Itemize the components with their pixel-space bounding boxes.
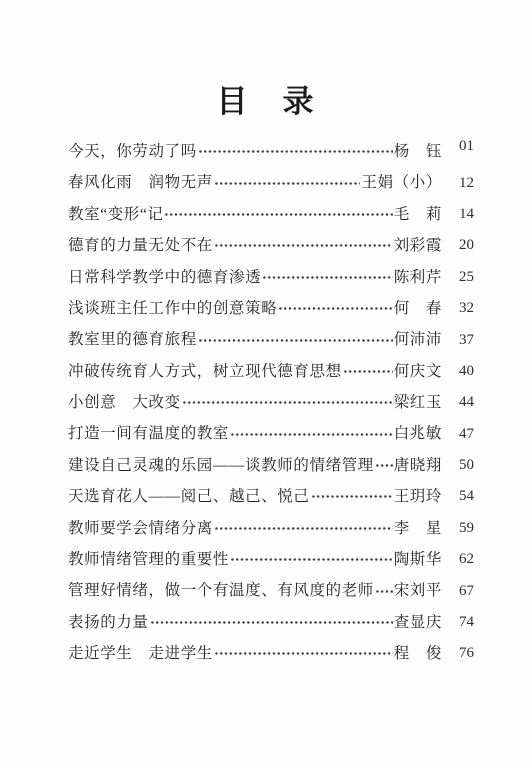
entry-page-number: 67 — [448, 584, 474, 599]
entry-title: 管理好情绪，做一个有温度、有风度的老师 — [68, 583, 374, 599]
toc-entry: 浅谈班主任工作中的创意策略 何 春 32 — [68, 293, 474, 324]
dot-leader — [343, 367, 393, 376]
entry-page-number: 01 — [448, 139, 474, 154]
toc-entry: 打造一间有温度的教室 白兆敏 47 — [68, 419, 474, 450]
entry-title: 今天，你劳动了吗 — [68, 144, 197, 160]
dot-leader — [150, 618, 393, 627]
toc-entry: 管理好情绪，做一个有温度、有风度的老师 宋刘平 67 — [68, 575, 474, 606]
dot-leader — [214, 241, 393, 250]
entry-author: 陈利芹 — [394, 270, 442, 286]
entry-page-number: 37 — [448, 333, 474, 348]
entry-author: 刘彩霞 — [394, 238, 442, 254]
entry-author: 李 星 — [394, 521, 442, 537]
toc-entry: 表扬的力量 查显庆 74 — [68, 607, 474, 638]
document-page: 目 录 今天，你劳动了吗 杨 钰 01 春风化雨 润物无声 王娟（小） 12 教… — [0, 0, 532, 768]
dot-leader — [214, 524, 393, 533]
entry-author: 唐晓翔 — [394, 458, 442, 474]
toc-entry: 春风化雨 润物无声 王娟（小） 12 — [68, 167, 474, 198]
toc-entry: 教师要学会情绪分离 李 星 59 — [68, 513, 474, 544]
toc-entry: 日常科学教学中的德育渗透 陈利芹 25 — [68, 262, 474, 293]
entry-author: 陶斯华 — [394, 552, 442, 568]
entry-page-number: 54 — [448, 489, 474, 504]
entry-page-number: 14 — [448, 207, 474, 222]
entry-author: 杨 钰 — [394, 144, 442, 160]
entry-page-number: 50 — [448, 458, 474, 473]
entry-title: 冲破传统育人方式，树立现代德育思想 — [68, 364, 342, 380]
entry-title: 浅谈班主任工作中的创意策略 — [68, 301, 277, 317]
entry-title: 日常科学教学中的德育渗透 — [68, 270, 261, 286]
dot-leader — [198, 336, 393, 345]
entry-author: 王娟（小） — [361, 175, 442, 191]
entry-title: 春风化雨 润物无声 — [68, 175, 213, 191]
entry-page-number: 20 — [448, 238, 474, 253]
dot-leader — [230, 430, 393, 439]
entry-author: 何庆文 — [394, 364, 442, 380]
dot-leader — [311, 492, 393, 501]
dot-leader — [164, 210, 392, 219]
entry-title: 建设自己灵魂的乐园——谈教师的情绪管理 — [68, 458, 374, 474]
entry-title: 德育的力量无处不在 — [68, 238, 213, 254]
dot-leader — [198, 147, 393, 156]
entry-title: 天选育花人——阅己、越己、悦己 — [68, 489, 310, 505]
entry-page-number: 40 — [448, 364, 474, 379]
entry-title: 教师情绪管理的重要性 — [68, 552, 229, 568]
entry-page-number: 76 — [448, 646, 474, 661]
toc-entry: 教室“变形“记 毛 莉 14 — [68, 199, 474, 230]
entry-page-number: 25 — [448, 270, 474, 285]
entry-title: 教师要学会情绪分离 — [68, 521, 213, 537]
entry-title: 小创意 大改变 — [68, 395, 181, 411]
entry-title: 表扬的力量 — [68, 615, 149, 631]
toc-entry: 天选育花人——阅己、越己、悦己 王玥玲 54 — [68, 481, 474, 512]
toc-entry: 冲破传统育人方式，树立现代德育思想 何庆文 40 — [68, 356, 474, 387]
entry-page-number: 74 — [448, 615, 474, 630]
entry-title: 教室“变形“记 — [68, 207, 163, 223]
entry-author: 何 春 — [394, 301, 442, 317]
toc-entry: 今天，你劳动了吗 杨 钰 01 — [68, 136, 474, 167]
toc-entry: 德育的力量无处不在 刘彩霞 20 — [68, 230, 474, 261]
toc-entry: 教师情绪管理的重要性 陶斯华 62 — [68, 544, 474, 575]
entry-author: 何沛沛 — [394, 332, 442, 348]
entry-page-number: 62 — [448, 552, 474, 567]
entry-author: 程 俊 — [394, 646, 442, 662]
entry-page-number: 12 — [448, 176, 474, 191]
toc-entry: 教室里的德育旅程 何沛沛 37 — [68, 324, 474, 355]
entry-author: 梁红玉 — [394, 395, 442, 411]
dot-leader — [214, 649, 393, 658]
dot-leader — [230, 555, 393, 564]
entry-page-number: 32 — [448, 301, 474, 316]
dot-leader — [182, 398, 393, 407]
entry-title: 打造一间有温度的教室 — [68, 426, 229, 442]
entry-author: 宋刘平 — [394, 583, 442, 599]
entry-author: 白兆敏 — [394, 426, 442, 442]
entry-title: 走近学生 走进学生 — [68, 646, 213, 662]
dot-leader — [262, 273, 392, 282]
dot-leader — [375, 587, 393, 596]
entry-page-number: 59 — [448, 521, 474, 536]
entry-page-number: 44 — [448, 395, 474, 410]
toc-entry: 小创意 大改变 梁红玉 44 — [68, 387, 474, 418]
toc-list: 今天，你劳动了吗 杨 钰 01 春风化雨 润物无声 王娟（小） 12 教室“变形… — [68, 136, 474, 670]
page-title: 目 录 — [0, 0, 532, 120]
entry-author: 王玥玲 — [394, 489, 442, 505]
dot-leader — [278, 304, 392, 313]
entry-author: 毛 莉 — [394, 207, 442, 223]
entry-author: 查显庆 — [394, 615, 442, 631]
dot-leader — [214, 179, 361, 188]
entry-page-number: 47 — [448, 427, 474, 442]
dot-leader — [375, 461, 393, 470]
toc-entry: 走近学生 走进学生 程 俊 76 — [68, 638, 474, 669]
toc-entry: 建设自己灵魂的乐园——谈教师的情绪管理 唐晓翔 50 — [68, 450, 474, 481]
entry-title: 教室里的德育旅程 — [68, 332, 197, 348]
